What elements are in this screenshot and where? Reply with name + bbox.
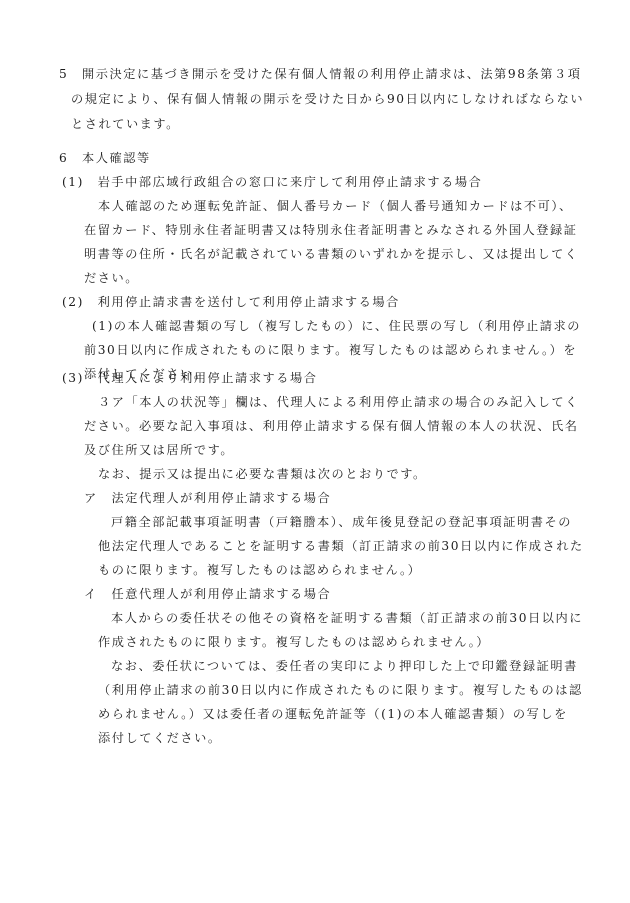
sub-1-line-1: 本人確認のため運転免許証、個人番号カード（個人番号通知カードは不可）、	[98, 198, 573, 214]
item-b-line-1: 本人からの委任状その他その資格を証明する書類（訂正請求の前30日以内に	[111, 610, 583, 626]
section-5-line-3: とされています。	[71, 116, 180, 132]
sub-1-line-2: 在留カード、特別永住者証明書又は特別永住者証明書とみなされる外国人登録証	[84, 222, 577, 238]
sub-3-line-2: ださい。必要な記入事項は、利用停止請求する保有個人情報の本人の状況、氏名	[84, 418, 579, 434]
section-5-line-1: 5 開示決定に基づき開示を受けた保有個人情報の利用停止請求は、法第98条第３項	[59, 66, 581, 82]
item-a-heading: ア 法定代理人が利用停止請求する場合	[84, 490, 331, 506]
sub-1-heading: (1) 岩手中部広域行政組合の窓口に来庁して利用停止請求する場合	[62, 174, 482, 190]
sub-2-line-1: (1)の本人確認書類の写し（複写したもの）に、住民票の写し（利用停止請求の	[92, 318, 581, 334]
sub-3-line-1: ３ア「本人の状況等」欄は、代理人による利用停止請求の場合のみ記入してく	[98, 394, 579, 410]
sub-3-line-4: なお、提示又は提出に必要な書類は次のとおりです。	[98, 466, 427, 482]
sub-2-heading: (2) 利用停止請求書を送付して利用停止請求する場合	[62, 294, 400, 310]
item-a-line-1: 戸籍全部記載事項証明書（戸籍謄本）、成年後見登記の登記事項証明書その	[111, 514, 572, 530]
item-a-line-3: ものに限ります。複写したものは認められません。）	[98, 562, 421, 578]
section-6-heading: 6 本人確認等	[59, 150, 151, 166]
item-b-line-6: 添付してください。	[98, 730, 222, 746]
item-b-line-2: 作成されたものに限ります。複写したものは認められません。）	[98, 634, 490, 650]
sub-1-line-3: 明書等の住所・氏名が記載されている書類のいずれかを提示し、又は提出してく	[84, 246, 579, 262]
item-a-line-2: 他法定代理人であることを証明する書類（訂正請求の前30日以内に作成された	[98, 538, 584, 554]
section-5-line-2: の規定により、保有個人情報の開示を受けた日から90日以内にしなければならない	[71, 91, 584, 107]
item-b-line-5: められません。）又は委任者の運転免許証等（(1)の本人確認書類）の写しを	[98, 706, 568, 722]
sub-1-line-4: ださい。	[84, 270, 139, 286]
document-page: 5 開示決定に基づき開示を受けた保有個人情報の利用停止請求は、法第98条第３項 …	[0, 0, 630, 903]
sub-3-line-3: 及び住所又は居所です。	[84, 442, 234, 458]
item-b-line-3: なお、委任状については、委任者の実印により押印した上で印鑑登録証明書	[111, 658, 578, 674]
item-b-heading: イ 任意代理人が利用停止請求する場合	[84, 586, 331, 602]
sub-3-heading: (3) 代理人により利用停止請求する場合	[62, 370, 317, 386]
sub-2-line-2: 前30日以内に作成されたものに限ります。複写したものは認められません。）を	[84, 342, 577, 358]
item-b-line-4: （利用停止請求の前30日以内に作成されたものに限ります。複写したものは認	[98, 682, 583, 698]
